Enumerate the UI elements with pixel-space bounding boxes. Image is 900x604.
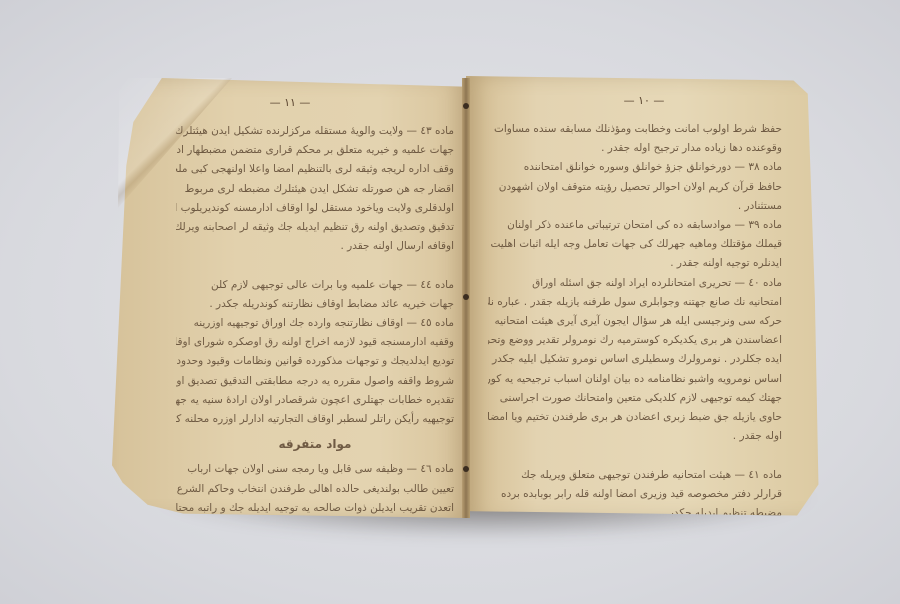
text-line: توجيهيه رأيكن راتلر لسطبر اوقاف التجارتي…: [176, 410, 454, 429]
text-line: اعضاسندن هر برى يكديكره كوسترميه رك نومر…: [488, 331, 782, 350]
text-line: حفظ شرط اولوب امانت وخطابت ومؤذنلك مسابق…: [488, 120, 782, 139]
binding-stitch: [463, 294, 469, 300]
text-line: جهتك كيمه توجيهى لازم كلديكى متعين وامتح…: [488, 389, 782, 408]
text-line: امتحانيه نك صانع جهتنه وجوابلرى سول طرفن…: [488, 293, 782, 312]
text-line: تقديره خطابات جهتلرى اعچون شرقصادر اولان…: [176, 391, 454, 410]
text-line: اقضار جه هن صورتله تشكل ايدن هيئتلرك مضب…: [176, 180, 454, 199]
right-page: — ١٠ — حفظ شرط اولوب امانت وخطابت ومؤذنل…: [466, 76, 822, 520]
text-line: مستثنادر .: [488, 197, 782, 216]
text-line: اوقافه ارسال اولنه جقدر .: [176, 237, 454, 256]
binding-stitch: [463, 466, 469, 472]
text-line: ماده ٤٤ — جهات علميه وبا برات عالى توجيه…: [176, 276, 454, 295]
right-page-text: حفظ شرط اولوب امانت وخطابت ومؤذنلك مسابق…: [488, 120, 782, 498]
text-line: ماده ٣٩ — موادسابقه ده كى امتحان ترتيبات…: [488, 216, 782, 235]
text-line: اساس نومرويه واشبو نظامنامه ده بيان اولن…: [488, 370, 782, 389]
text-line: ماده ٤٦ — وظيفه سى قابل ويا رمجه سنى اول…: [176, 460, 454, 479]
text-line: تعيين طالب بولنديغى حالده اهالى طرفندن ا…: [176, 480, 454, 499]
text-line: جهات خيريه عائد مضابط اوقاف نظارتنه كوند…: [176, 295, 454, 314]
text-line: وقوعنده دها زياده مدار ترجيح اوله جقدر .: [488, 139, 782, 158]
text-line: قيملك مؤقتلك وماهيه جهرلك كى جهات تعامل …: [488, 235, 782, 254]
binding-stitch: [463, 103, 469, 109]
text-line: ماده ٤٣ — ولايت والويهٔ مستقله مركزلرنده…: [176, 122, 454, 141]
text-line: ايدنلره توجيه اولنه جقدر .: [488, 254, 782, 273]
text-line: ماده ٤٥ — اوقاف نظارتنجه وارده جك اوراق …: [176, 314, 454, 333]
text-line: شروط واقفه واصول مقرره يه درجه مطابقتى ا…: [176, 372, 454, 391]
text-line: حاوى يازيله جق ضبط زبرى اعضادن هر برى طر…: [488, 408, 782, 427]
text-line: تودیع ایدلدیجك و توجهات مذكورده قوانين و…: [176, 352, 454, 371]
text-line: ماده ٣٨ — دورخوانلق جزؤ خوانلق وسوره خوا…: [488, 158, 782, 177]
text-line: قرارلر دفتر مخصوصه قيد وزيرى امضا اولنه …: [488, 485, 782, 504]
text-line: وقفيه ادارمسنجه قيود لازمه اخراج اولنه ر…: [176, 333, 454, 352]
page-number-right: — ١٠ —: [466, 94, 822, 107]
text-line: جهات علميه و خيريه متعلق بر محكم قرارى م…: [176, 141, 454, 160]
text-line: اولدقلرى ولايت وياخود مستقل لوا اوقاف اد…: [176, 199, 454, 218]
text-line: ايده جكلردر . نومرولرك وسطيلرى اساس نومر…: [488, 350, 782, 369]
section-title: مواد متفرقه: [176, 435, 454, 454]
text-line: ماده ٤١ — هيئت امتحانيه طرفندن توجيهى مت…: [488, 466, 782, 485]
paragraph-gap: [176, 256, 454, 275]
paragraph-gap: [488, 446, 782, 465]
text-line: حركه سى ونرجيسى ايله هر سؤال ايجون آيرى …: [488, 312, 782, 331]
text-line: تدقيق وتصديق اولنه رق تنظيم ايديله جك وث…: [176, 218, 454, 237]
text-line: ماده ٤٠ — تحريرى امتحانلرده ايراد اولنه …: [488, 274, 782, 293]
text-line: اوله جقدر .: [488, 427, 782, 446]
left-page-text: ماده ٤٣ — ولايت والويهٔ مستقله مركزلرنده…: [176, 122, 454, 496]
text-line: وقف اداره لريجه وثيقه لرى بالتنظيم امضا …: [176, 160, 454, 179]
text-line: حافظ قرآن كريم اولان احوالر تحصيل رؤيته …: [488, 178, 782, 197]
